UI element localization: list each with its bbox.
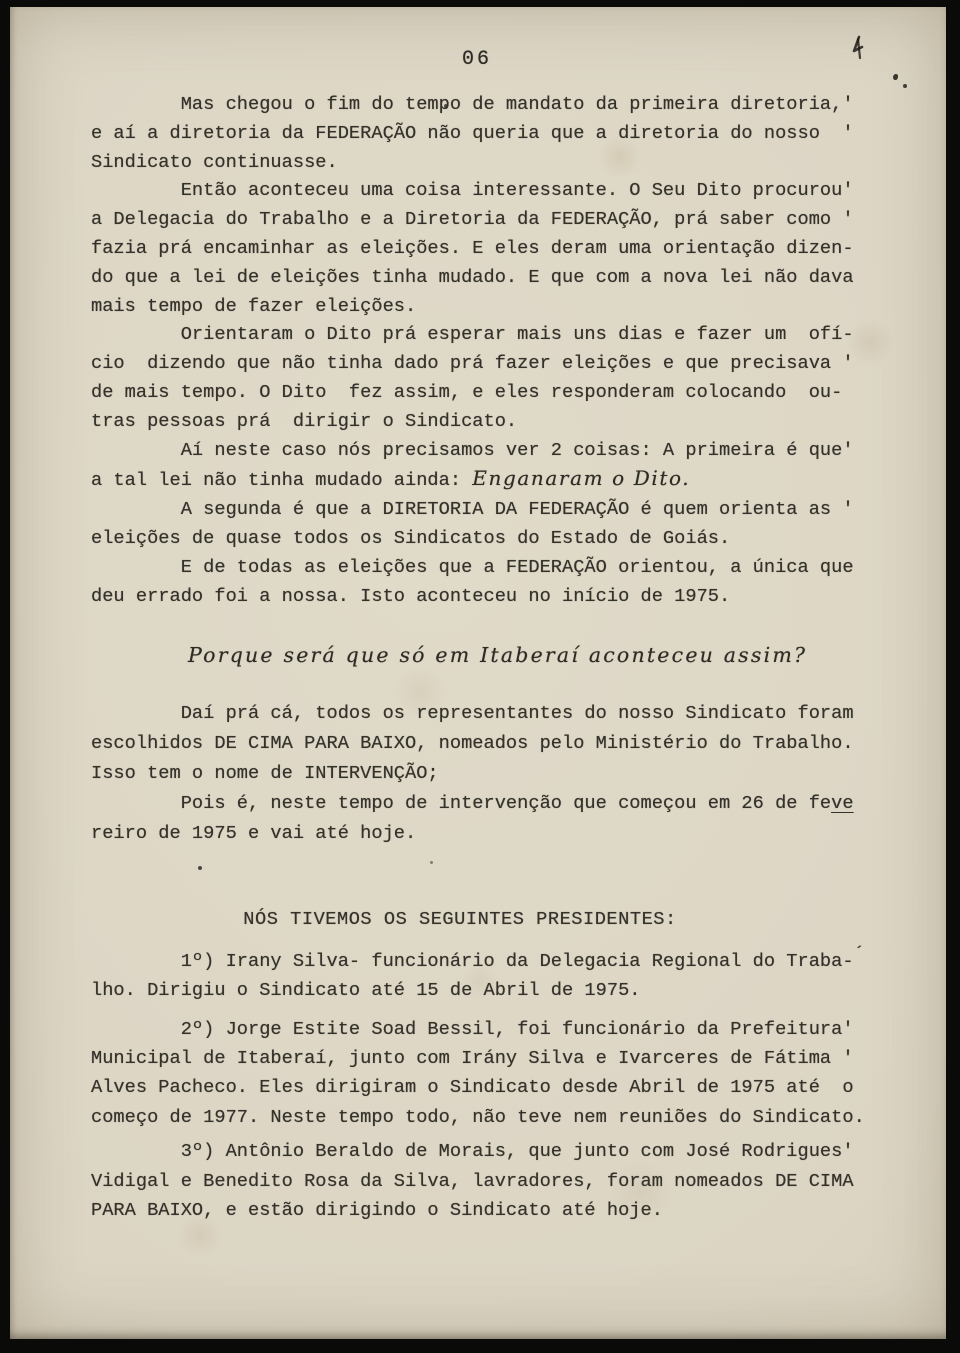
text-line: eleições de quase todos os Sindicatos do… [91, 524, 891, 553]
text-line: PARA BAIXO, e estão dirigindo o Sindicat… [91, 1196, 891, 1225]
text-line: e aí a diretoria da FEDERAÇÃO não queria… [91, 119, 891, 148]
text-line: escolhidos DE CIMA PARA BAIXO, nomeados … [91, 728, 891, 758]
text-line: Pois é, neste tempo de intervenção que c… [91, 788, 891, 818]
text-line: A segunda é que a DIRETORIA DA FEDERAÇÃO… [91, 495, 891, 524]
text-line: do que a lei de eleições tinha mudado. E… [91, 263, 891, 292]
text-line: deu errado foi a nossa. Isto aconteceu n… [91, 582, 891, 611]
text-line: a Delegacia do Trabalho e a Diretoria da… [91, 205, 891, 234]
document-text: Mas chegou o fim do tempo de mandato da … [91, 90, 891, 1225]
text-line: Porque será que só em Itaberaí aconteceu… [91, 640, 891, 672]
intro-paragraphs: Mas chegou o fim do tempo de mandato da … [91, 90, 891, 610]
scanned-page: 06 Mas chegou o fim do tempo de mandato … [0, 0, 960, 1353]
text-line: Alves Pacheco. Eles dirigiram o Sindicat… [91, 1073, 891, 1102]
president-entry-1: 1º) Irany Silva- funcionário da Delegaci… [91, 947, 891, 1006]
text-line: Isso tem o nome de INTERVENÇÃO; [91, 758, 891, 788]
text-line: 3º) Antônio Beraldo de Morais, que junto… [91, 1137, 891, 1166]
text-line: 1º) Irany Silva- funcionário da Delegaci… [91, 947, 891, 976]
ink-dot [893, 74, 898, 80]
text-line: Então aconteceu uma coisa interessante. … [91, 176, 891, 205]
text-line: 2º) Jorge Estite Soad Bessil, foi funcio… [91, 1015, 891, 1044]
text-line: NÓS TIVEMOS OS SEGUINTES PRESIDENTES: [91, 905, 891, 934]
intervention-paragraphs: Daí prá cá, todos os representantes do n… [91, 698, 891, 848]
paper-sheet: 06 Mas chegou o fim do tempo de mandato … [10, 7, 946, 1339]
text-line: Municipal de Itaberaí, junto com Irány S… [91, 1044, 891, 1073]
text-line: Daí prá cá, todos os representantes do n… [91, 698, 891, 728]
president-entry-3: 3º) Antônio Beraldo de Morais, que junto… [91, 1137, 891, 1225]
text-line: tras pessoas prá dirigir o Sindicato. [91, 407, 891, 436]
ink-dot [903, 84, 907, 88]
text-line: de mais tempo. O Dito fez assim, e eles … [91, 378, 891, 407]
text-line: Mas chegou o fim do tempo de mandato da … [91, 90, 891, 119]
text-line: a tal lei não tinha mudado ainda: Engana… [91, 464, 891, 495]
text-line: fazia prá encaminhar as eleições. E eles… [91, 234, 891, 263]
text-line: Aí neste caso nós precisamos ver 2 coisa… [91, 436, 891, 465]
page-number: 06 [462, 48, 492, 71]
text-line: mais tempo de fazer eleições. [91, 292, 891, 321]
text-line: lho. Dirigiu o Sindicato até 15 de Abril… [91, 976, 891, 1005]
text-line: Vidigal e Benedito Rosa da Silva, lavrad… [91, 1167, 891, 1196]
ink-mark-icon [846, 34, 872, 64]
rhetorical-question: Porque será que só em Itaberaí aconteceu… [91, 640, 891, 672]
text-line: cio dizendo que não tinha dado prá fazer… [91, 349, 891, 378]
text-line: começo de 1977. Neste tempo todo, não te… [91, 1103, 891, 1132]
text-line: E de todas as eleições que a FEDERAÇÃO o… [91, 553, 891, 582]
text-line: reiro de 1975 e vai até hoje. [91, 818, 891, 848]
president-entry-2: 2º) Jorge Estite Soad Bessil, foi funcio… [91, 1015, 891, 1133]
text-line: Sindicato continuasse. [91, 148, 891, 177]
presidents-heading: NÓS TIVEMOS OS SEGUINTES PRESIDENTES: [91, 905, 891, 934]
text-line: Orientaram o Dito prá esperar mais uns d… [91, 320, 891, 349]
